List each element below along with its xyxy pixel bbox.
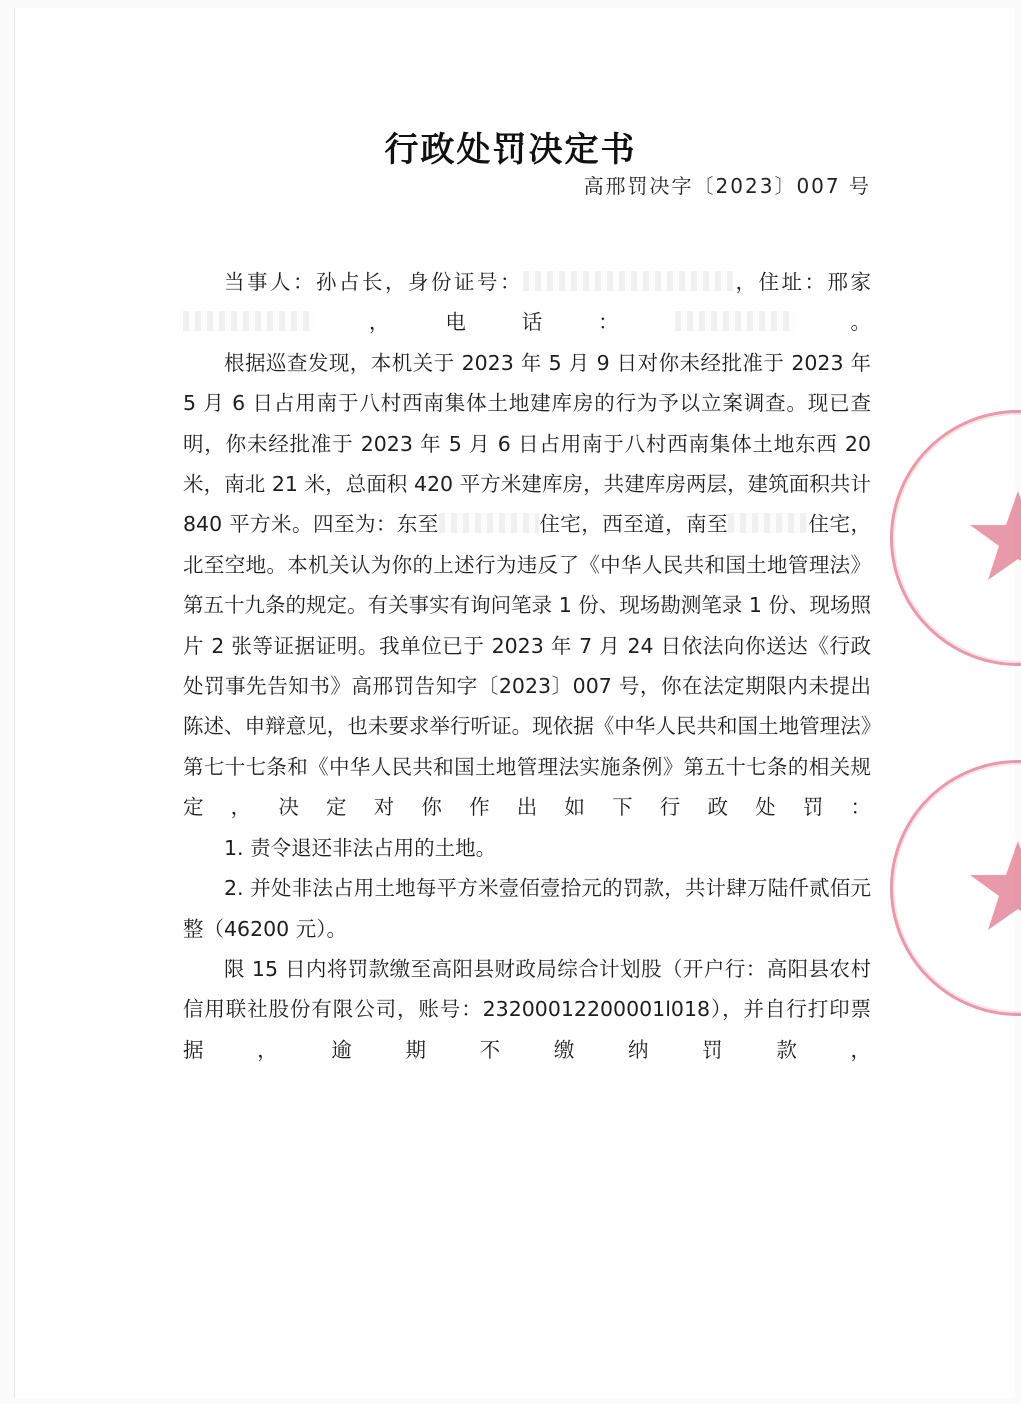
document-title: 行政处罚决定书 (0, 122, 1021, 171)
redacted-id-number (523, 271, 733, 291)
redacted-phone (675, 311, 795, 331)
party-prefix: 当事人：孙占长，身份证号： (224, 270, 523, 294)
facts-part-1: 根据巡查发现，本机关于 2023 年 5 月 9 日对你未经批准于 2023 年… (183, 351, 871, 537)
redacted-east-neighbor (439, 513, 539, 533)
penalty-item-1: 1. 责令退还非法占用的土地。 (183, 828, 871, 868)
penalty-item-2: 2. 并处非法占用土地每平方米壹佰壹拾元的罚款，共计肆万陆仟贰佰元整（46200… (183, 868, 871, 949)
redacted-address (183, 311, 313, 331)
official-seal (890, 760, 1021, 1016)
payment-paragraph: 限 15 日内将罚款缴至高阳县财政局综合计划股（开户行：高阳县农村信用联社股份有… (183, 949, 871, 1070)
official-seal (890, 410, 1021, 666)
party-paragraph: 当事人：孙占长，身份证号：，住址：邢家，电话：。 (183, 262, 871, 343)
facts-paragraph: 根据巡查发现，本机关于 2023 年 5 月 9 日对你未经批准于 2023 年… (183, 343, 871, 828)
address-label: ，住址：邢家 (733, 270, 871, 294)
phone-label: ，电话： (313, 310, 675, 334)
facts-part-2: 住宅，西至道，南至 (539, 512, 728, 536)
document-body: 当事人：孙占长，身份证号：，住址：邢家，电话：。 根据巡查发现，本机关于 202… (183, 262, 871, 1070)
facts-part-3: 住宅，北至空地。本机关认为你的上述行为违反了《中华人民共和国土地管理法》第五十九… (183, 512, 871, 819)
redacted-south-neighbor (728, 513, 808, 533)
party-end: 。 (795, 310, 871, 334)
star-icon (893, 763, 1021, 1013)
document-number: 高邢罚决字〔2023〕007 号 (584, 170, 871, 199)
star-icon (893, 413, 1021, 663)
